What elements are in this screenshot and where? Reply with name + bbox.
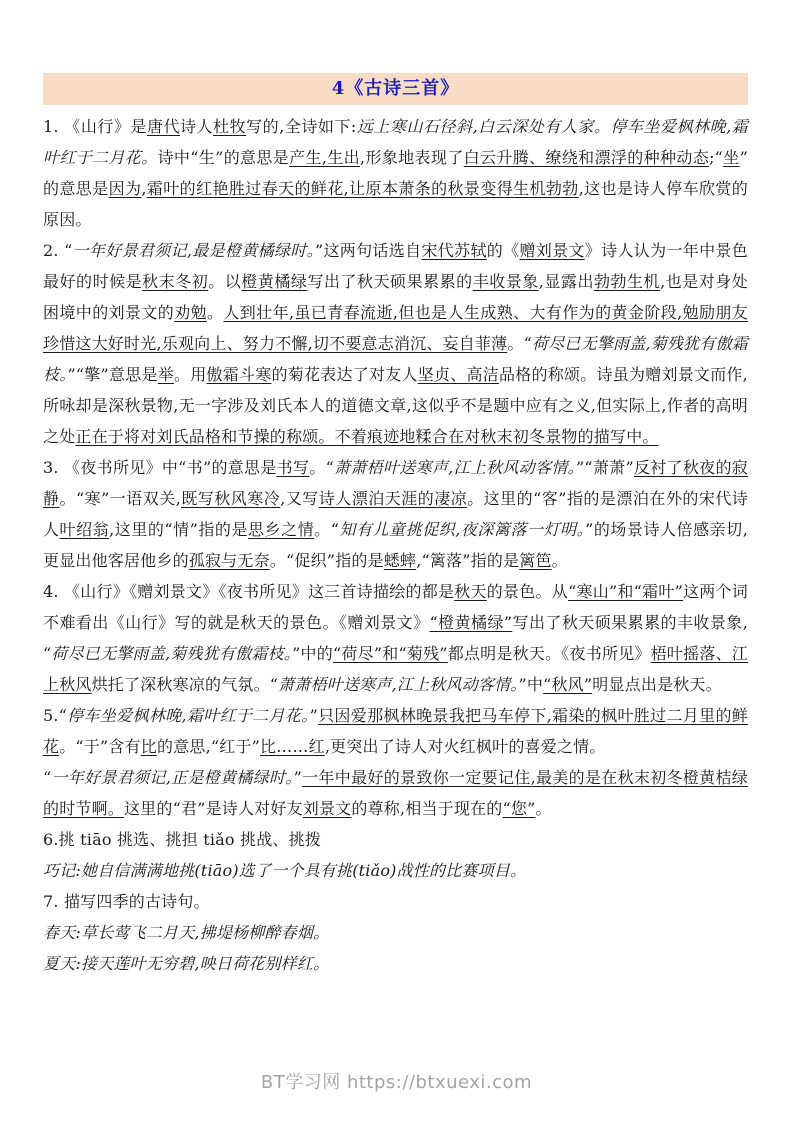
underline-run: 正在于将对刘氏品格和节操的称颂。不着痕迹地糅合在对秋末初冬景物的描写中。 bbox=[75, 427, 658, 446]
text-run: ,更突出了诗人对火红枫叶的喜爱之情。 bbox=[325, 737, 606, 756]
text-run: 。 bbox=[535, 799, 551, 818]
underline-run: 丰收景象 bbox=[473, 272, 539, 291]
text-run: 7. 描写四季的古诗句。 bbox=[43, 892, 210, 911]
text-run: 的《 bbox=[487, 241, 520, 260]
underline-run: 诗人漂泊天涯的凄凉 bbox=[319, 489, 467, 508]
section-title: 4《古诗三首》 bbox=[332, 78, 460, 99]
text-run: 的意思,“红于” bbox=[157, 737, 260, 756]
underline-run: 篱笆 bbox=[519, 551, 551, 570]
underline-run: 白云升腾、缭绕和漂浮的种种动态 bbox=[464, 148, 709, 167]
poem-run: 夏天:接天莲叶无穷碧,映日荷花别样红。 bbox=[43, 954, 329, 973]
document-page: 4《古诗三首》 1. 《山行》是唐代诗人杜牧写的,全诗如下:远上寒山石径斜,白云… bbox=[43, 73, 748, 979]
text-run: 的尊称,相当于现在的 bbox=[351, 799, 502, 818]
text-run: 都点明是秋天。《夜书所见》 bbox=[448, 644, 651, 663]
poem-run: 萧萧梧叶送寒声,江上秋风动客情。 bbox=[278, 675, 518, 694]
poem-run: 巧记:她自信满满地挑(tiāo)选了一个具有挑(tiǎo)战性的比赛项目。 bbox=[43, 861, 526, 880]
paragraph-p7a: 7. 描写四季的古诗句。 bbox=[43, 886, 748, 917]
poem-run: 知有儿童挑促织,夜深篱落一灯明。 bbox=[339, 520, 585, 539]
underline-run: 秋天 bbox=[454, 582, 487, 601]
underline-run: 赠刘景文 bbox=[519, 241, 584, 260]
paragraph-p1: 1. 《山行》是唐代诗人杜牧写的,全诗如下:远上寒山石径斜,白云深处有人家。停车… bbox=[43, 111, 748, 235]
text-run: 的菊花表达了对友人 bbox=[271, 365, 417, 384]
paragraph-p6b: 巧记:她自信满满地挑(tiāo)选了一个具有挑(tiǎo)战性的比赛项目。 bbox=[43, 855, 748, 886]
paragraph-p4: 4. 《山行》《赠刘景文》《夜书所见》这三首诗描绘的都是秋天的景色。从“寒山”和… bbox=[43, 576, 748, 700]
poem-run: 一年好景君须记,最是橙黄橘绿时。 bbox=[72, 241, 315, 260]
underline-run: 橙黄橘绿 bbox=[241, 272, 307, 291]
footer-watermark: BT学习网 https://btxuexi.com bbox=[0, 1068, 793, 1094]
underline-run: 举 bbox=[158, 365, 174, 384]
poem-run: 萧萧梧叶送寒声,江上秋风动客情。 bbox=[334, 458, 576, 477]
underline-run: 因为 bbox=[109, 179, 142, 198]
underline-run: 坐 bbox=[723, 148, 740, 167]
text-run: ”“擎”意思是 bbox=[68, 365, 158, 384]
poem-run: 一年好景君须记,正是橙黄橘绿时。 bbox=[51, 768, 293, 787]
text-run: 。以 bbox=[208, 272, 241, 291]
text-run: 。用 bbox=[174, 365, 207, 384]
text-run: 。“ bbox=[314, 520, 339, 539]
underline-run: 比……红 bbox=[260, 737, 325, 756]
text-run: ”这两句话选自 bbox=[315, 241, 422, 260]
text-run: ,“篱落”指的是 bbox=[416, 551, 519, 570]
underline-run: 唐代 bbox=[147, 117, 180, 136]
text-run: ” bbox=[310, 706, 318, 725]
text-run: 6.挑 tiāo 挑选、挑担 tiǎo 挑战、挑拨 bbox=[43, 830, 321, 849]
text-run: 。“寒”一语双关, bbox=[60, 489, 182, 508]
text-run: 写出了秋天硕果累累的 bbox=[307, 272, 472, 291]
text-run: 明显点出是秋天。 bbox=[592, 675, 722, 694]
text-run: 写的,全诗如下: bbox=[246, 117, 356, 136]
text-run: ”中的 bbox=[292, 644, 333, 663]
text-run: ,显露出 bbox=[539, 272, 594, 291]
text-run: 诗人 bbox=[180, 117, 213, 136]
text-run: 。 bbox=[552, 551, 568, 570]
underline-run: 蟋蟀 bbox=[384, 551, 416, 570]
text-run: ,又写 bbox=[280, 489, 319, 508]
underline-run: 叶绍翁 bbox=[60, 520, 110, 539]
paragraph-p7c: 夏天:接天莲叶无穷碧,映日荷花别样红。 bbox=[43, 948, 748, 979]
underline-run: 比 bbox=[141, 737, 157, 756]
text-run: 这里的“君”是诗人对好友 bbox=[124, 799, 303, 818]
underline-run: 劝勉 bbox=[174, 303, 207, 322]
underline-run: “荷尽”和“菊残” bbox=[333, 644, 448, 663]
text-run: 2. “ bbox=[43, 241, 72, 260]
paragraph-p2: 2. “一年好景君须记,最是橙黄橘绿时。”这两句话选自宋代苏轼的《赠刘景文》诗人… bbox=[43, 235, 748, 452]
paragraph-p5b: “一年好景君须记,正是橙黄橘绿时。”一年中最好的景致你一定要记住,最美的是在秋末… bbox=[43, 762, 748, 824]
underline-run: “寒山”和“霜叶” bbox=[568, 582, 683, 601]
underline-run: 书写 bbox=[277, 458, 310, 477]
text-run: ;“ bbox=[709, 148, 723, 167]
underline-run: “橙黄橘绿” bbox=[430, 613, 513, 632]
underline-run: “秋风” bbox=[543, 675, 592, 694]
paragraph-p3: 3. 《夜书所见》中“书”的意思是书写。“萧萧梧叶送寒声,江上秋风动客情。”“萧… bbox=[43, 452, 748, 576]
text-run: 烘托了深秋寒凉的气氛。“ bbox=[92, 675, 279, 694]
text-run: ,形象地表现了 bbox=[360, 148, 464, 167]
text-run: 。 bbox=[207, 303, 223, 322]
poem-run: 春天:草长莺飞二月天,拂堤杨柳醉春烟。 bbox=[43, 923, 329, 942]
paragraph-p7b: 春天:草长莺飞二月天,拂堤杨柳醉春烟。 bbox=[43, 917, 748, 948]
underline-run: 孤寂与无奈 bbox=[189, 551, 270, 570]
underline-run: 思乡之情 bbox=[248, 520, 314, 539]
underline-run: 既写秋风寒冷 bbox=[181, 489, 280, 508]
underline-run: 宋代苏轼 bbox=[421, 241, 486, 260]
underline-run: 产生,生出 bbox=[289, 148, 360, 167]
section-title-banner: 4《古诗三首》 bbox=[43, 73, 748, 105]
underline-run: 杜牧 bbox=[213, 117, 246, 136]
text-run: 。“ bbox=[309, 458, 334, 477]
notes-content: 1. 《山行》是唐代诗人杜牧写的,全诗如下:远上寒山石径斜,白云深处有人家。停车… bbox=[43, 111, 748, 979]
underline-run: 勃勃生机 bbox=[594, 272, 660, 291]
text-run: ,这里的“情”指的是 bbox=[109, 520, 248, 539]
text-run: ”中 bbox=[519, 675, 544, 694]
text-run: 。“于”含有 bbox=[59, 737, 141, 756]
underline-run: 傲霜斗寒 bbox=[206, 365, 271, 384]
text-run: ”“萧萧” bbox=[576, 458, 634, 477]
text-run: 诗中“生”的意思是 bbox=[158, 148, 290, 167]
text-run: 的景色。从 bbox=[487, 582, 568, 601]
text-run: 5.“ bbox=[43, 706, 67, 725]
underline-run: 秋末冬初 bbox=[142, 272, 208, 291]
text-run: 。“ bbox=[507, 334, 532, 353]
underline-run: “您” bbox=[502, 799, 535, 818]
paragraph-p6a: 6.挑 tiāo 挑选、挑担 tiǎo 挑战、挑拨 bbox=[43, 824, 748, 855]
paragraph-p5a: 5.“停车坐爱枫林晚,霜叶红于二月花。”只因爱那枫林晚景我把马车停下,霜染的枫叶… bbox=[43, 700, 748, 762]
underline-run: 刘景文 bbox=[303, 799, 352, 818]
underline-run: 坚贞、高洁 bbox=[418, 365, 499, 384]
poem-run: 荷尽已无擎雨盖,菊残犹有傲霜枝。 bbox=[51, 644, 292, 663]
text-run: ” bbox=[294, 768, 302, 787]
underline-run: 霜叶的红艳胜过春天的鲜花,让原本萧条的秋景变得生机勃勃 bbox=[147, 179, 579, 198]
text-run: 3. 《夜书所见》中“书”的意思是 bbox=[43, 458, 277, 477]
text-run: 。“促织”指的是 bbox=[270, 551, 384, 570]
text-run: 4. 《山行》《赠刘景文》《夜书所见》这三首诗描绘的都是 bbox=[43, 582, 454, 601]
poem-run: 停车坐爱枫林晚,霜叶红于二月花。 bbox=[67, 706, 310, 725]
text-run: 1. 《山行》是 bbox=[43, 117, 147, 136]
